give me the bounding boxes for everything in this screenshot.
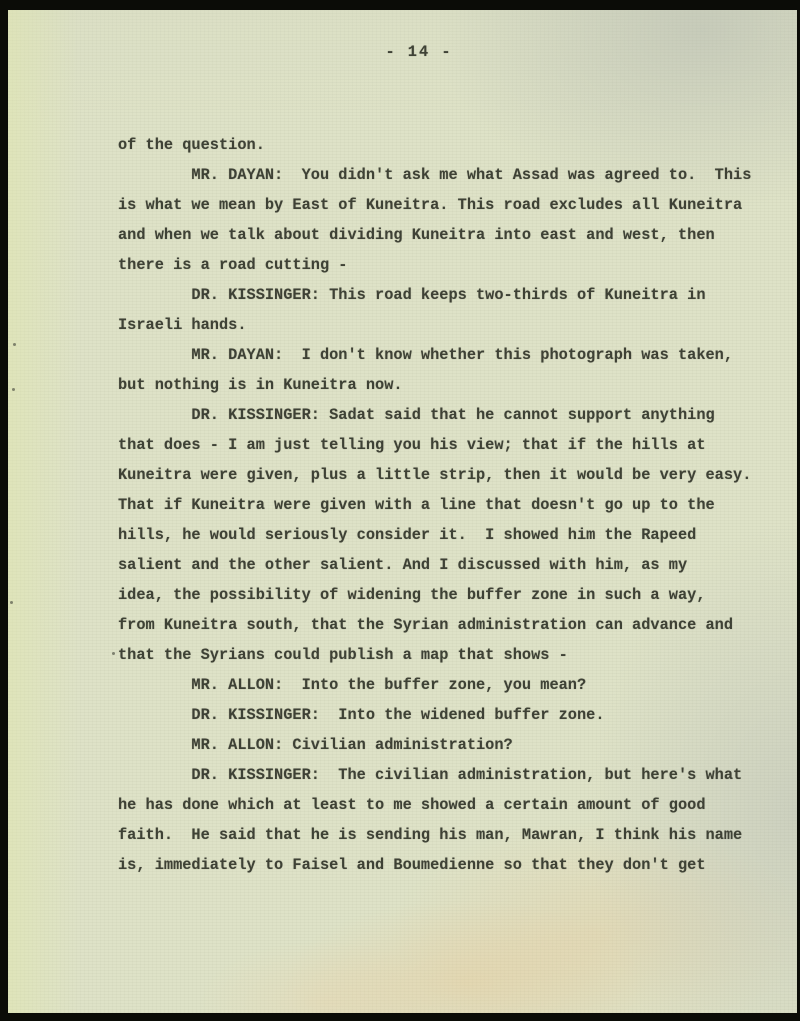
transcript-line: he has done which at least to me showed … bbox=[118, 790, 768, 820]
transcript-line: from Kuneitra south, that the Syrian adm… bbox=[118, 610, 768, 640]
transcript-line: DR. KISSINGER: Into the widened buffer z… bbox=[118, 700, 768, 730]
paper-speck bbox=[13, 343, 16, 346]
transcript-text: of the question. MR. DAYAN: You didn't a… bbox=[118, 130, 768, 880]
transcript-line: there is a road cutting - bbox=[118, 250, 768, 280]
page-number: - 14 - bbox=[319, 43, 519, 61]
transcript-line: is, immediately to Faisel and Boumedienn… bbox=[118, 850, 768, 880]
transcript-line: DR. KISSINGER: Sadat said that he cannot… bbox=[118, 400, 768, 430]
transcript-line: DR. KISSINGER: This road keeps two-third… bbox=[118, 280, 768, 310]
transcript-line: MR. DAYAN: I don't know whether this pho… bbox=[118, 340, 768, 370]
transcript-line: that does - I am just telling you his vi… bbox=[118, 430, 768, 460]
paper-speck bbox=[10, 601, 13, 604]
transcript-line: That if Kuneitra were given with a line … bbox=[118, 490, 768, 520]
transcript-line: Kuneitra were given, plus a little strip… bbox=[118, 460, 768, 490]
transcript-line: idea, the possibility of widening the bu… bbox=[118, 580, 768, 610]
paper-speck bbox=[12, 388, 15, 391]
transcript-line: is what we mean by East of Kuneitra. Thi… bbox=[118, 190, 768, 220]
paper-sheet: - 14 - of the question. MR. DAYAN: You d… bbox=[8, 10, 797, 1013]
transcript-line: but nothing is in Kuneitra now. bbox=[118, 370, 768, 400]
paper-speck bbox=[112, 652, 115, 655]
transcript-line: MR. DAYAN: You didn't ask me what Assad … bbox=[118, 160, 768, 190]
transcript-line: MR. ALLON: Civilian administration? bbox=[118, 730, 768, 760]
transcript-line: DR. KISSINGER: The civilian administrati… bbox=[118, 760, 768, 790]
transcript-line: MR. ALLON: Into the buffer zone, you mea… bbox=[118, 670, 768, 700]
transcript-line: hills, he would seriously consider it. I… bbox=[118, 520, 768, 550]
transcript-line: that the Syrians could publish a map tha… bbox=[118, 640, 768, 670]
transcript-line: faith. He said that he is sending his ma… bbox=[118, 820, 768, 850]
scanned-document-page: - 14 - of the question. MR. DAYAN: You d… bbox=[0, 0, 800, 1021]
transcript-line: and when we talk about dividing Kuneitra… bbox=[118, 220, 768, 250]
transcript-line: salient and the other salient. And I dis… bbox=[118, 550, 768, 580]
transcript-line: Israeli hands. bbox=[118, 310, 768, 340]
transcript-line: of the question. bbox=[118, 130, 768, 160]
